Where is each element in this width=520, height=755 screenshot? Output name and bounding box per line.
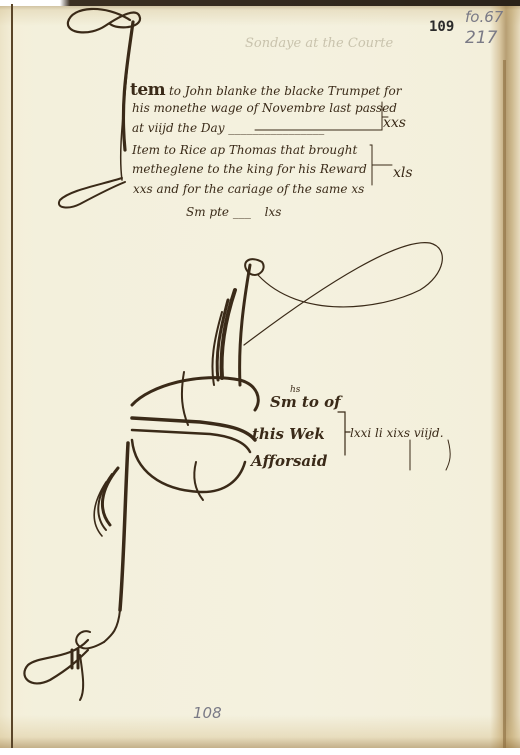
entry-1-amount: xxs xyxy=(383,115,406,131)
entry-1-line-2: his monethe wage of Novembre last passed xyxy=(132,101,397,115)
weekly-total-line-2: this Wek xyxy=(252,425,325,443)
entry-1-line-3: at viijd the Day ________________ xyxy=(132,121,324,135)
entry-2-line-1: Item to Rice ap Thomas that brought xyxy=(132,143,357,157)
page-sum: Sm pte ___ lxs xyxy=(186,205,281,219)
entry-2-line-2: metheglene to the king for his Reward xyxy=(132,162,367,176)
page-sum-amount: lxs xyxy=(265,205,282,219)
entry-text: to John blanke the blacke Trumpet for xyxy=(169,84,401,98)
item-word: tem xyxy=(130,80,165,100)
weekly-total-line-3: Afforsaid xyxy=(251,452,327,470)
page-sum-label: Sm pte ___ xyxy=(186,205,251,219)
weekly-total-amount: lxxi li xixs viijd. xyxy=(350,426,444,440)
entry-2-amount: xls xyxy=(393,165,413,181)
weekly-total-line-1: Sm to of xyxy=(270,393,341,411)
entry-1-line-1: tem to John blanke the blacke Trumpet fo… xyxy=(130,80,401,100)
entry-2-line-3: xxs and for the cariage of the same xs xyxy=(133,182,364,196)
